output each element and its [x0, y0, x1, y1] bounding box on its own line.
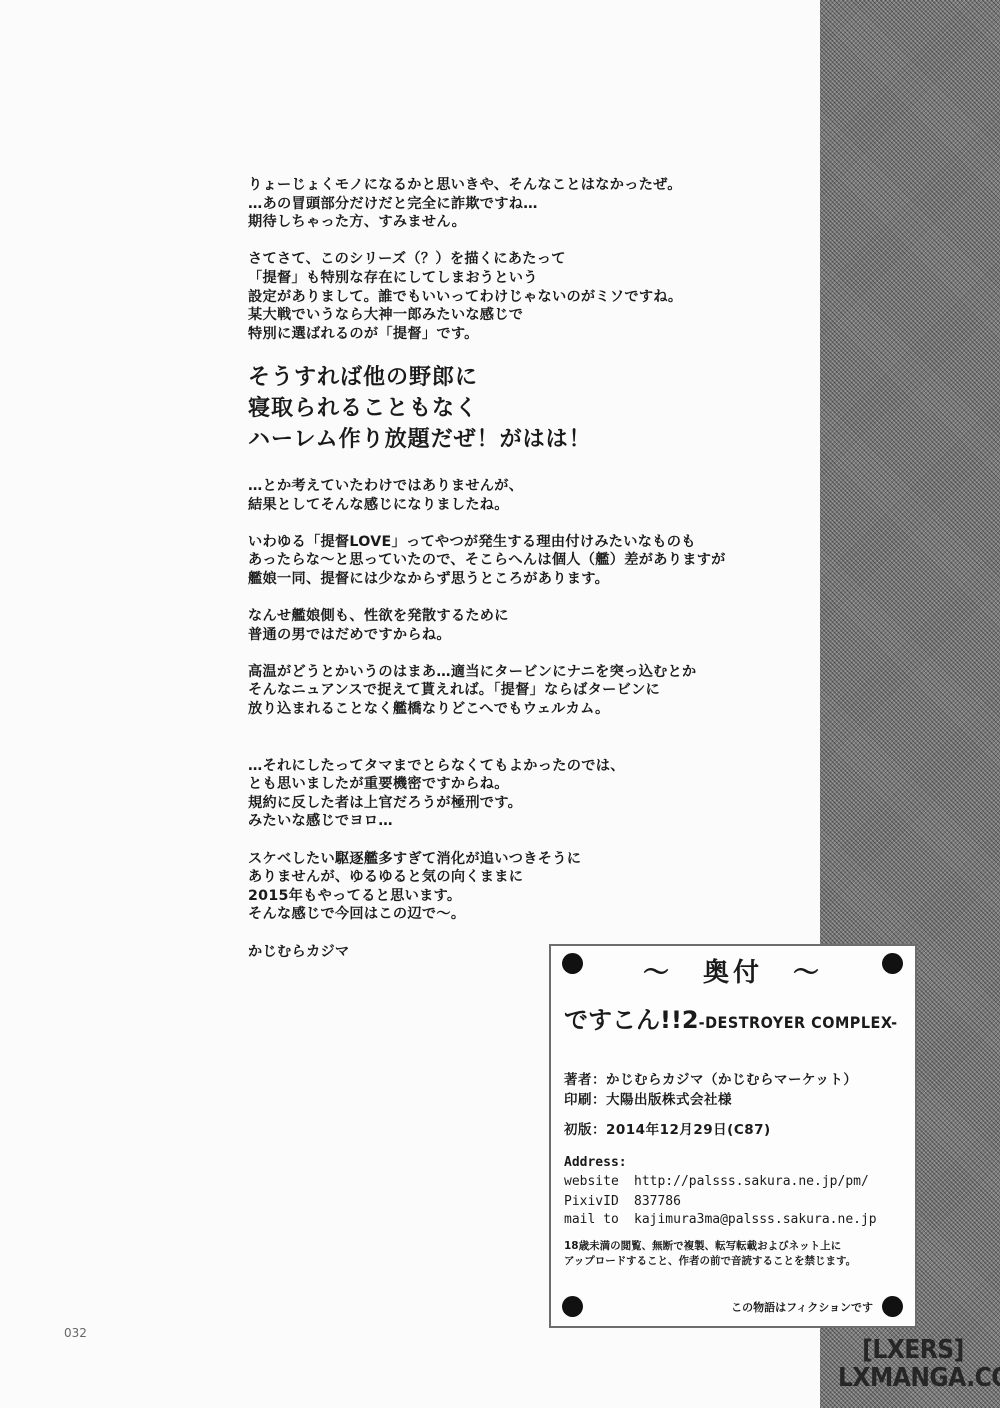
pixiv-id: 837786 [634, 1194, 681, 1209]
address-key: PixivID [564, 1194, 634, 1209]
watermark-line-1: [LXERS] [838, 1336, 988, 1364]
address-key: mail to [564, 1212, 634, 1227]
book-title-main: ですこん!!2 [564, 1006, 699, 1034]
printer-row: 印刷：大陽出版株式会社様 [564, 1088, 732, 1108]
afterword-paragraph-3: …とか考えていたわけではありませんが、 結果としてそんな感じになりましたね。 [248, 477, 808, 514]
page-number: 032 [64, 1326, 87, 1340]
address-heading: Address: [564, 1155, 627, 1170]
afterword-emphasis: そうすれば他の野郎に 寝取られることもなく ハーレム作り放題だぜ！がはは！ [248, 362, 808, 455]
address-pixiv-row: PixivID837786 [564, 1194, 681, 1209]
corner-dot-icon [562, 1296, 583, 1317]
afterword-paragraph-7: …それにしたってタマまでとらなくてもよかったのでは、 とも思いましたが重要機密で… [248, 757, 808, 831]
afterword-paragraph-5: なんせ艦娘側も、性欲を発散するために 普通の男ではだめですからね。 [248, 607, 808, 644]
watermark: [LXERS] LXMANGA.COM [838, 1336, 988, 1392]
first-edition-value: 2014年12月29日(C87) [606, 1122, 771, 1138]
address-key: website [564, 1174, 634, 1189]
afterword-paragraph-8: スケベしたい駆逐艦多すぎて消化が追いつきそうに ありませんが、ゆるゆると気の向く… [248, 850, 808, 924]
first-edition-label: 初版： [564, 1122, 606, 1138]
first-edition-row: 初版：2014年12月29日(C87) [564, 1118, 771, 1138]
corner-dot-icon [882, 1296, 903, 1317]
author-row: 著者：かじむらカジマ（かじむらマーケット） [564, 1068, 857, 1088]
book-subtitle: -DESTROYER COMPLEX- [699, 1013, 898, 1032]
printer-label: 印刷： [564, 1092, 606, 1108]
colophon-box: ～ 奥付 ～ ですこん!!2-DESTROYER COMPLEX- 著者：かじむ… [549, 944, 917, 1328]
email-link[interactable]: kajimura3ma@palsss.sakura.ne.jp [634, 1212, 877, 1227]
watermark-line-2: LXMANGA.COM [838, 1364, 988, 1392]
book-title: ですこん!!2-DESTROYER COMPLEX- [564, 1000, 898, 1035]
afterword-paragraph-6: 高温がどうとかいうのはまあ…適当にタービンにナニを突っ込むとか そんなニュアンス… [248, 663, 808, 719]
fiction-note: この物語はフィクションです [731, 1299, 873, 1315]
afterword-paragraph-2: さてさて、このシリーズ（？）を描くにあたって 「提督」も特別な存在にしてしまおう… [248, 250, 808, 343]
author-label: 著者： [564, 1072, 606, 1088]
website-link[interactable]: http://palsss.sakura.ne.jp/pm/ [634, 1174, 869, 1189]
author-value: かじむらカジマ（かじむらマーケット） [606, 1072, 857, 1088]
afterword-paragraph-4: いわゆる「提督LOVE」ってやつが発生する理由付けみたいなものも あったらな～と… [248, 533, 808, 589]
printer-value: 大陽出版株式会社様 [606, 1092, 732, 1108]
copyright-notice: 18歳未満の閲覧、無断で複製、転写転載およびネット上に アップロードすること、作… [564, 1239, 856, 1269]
address-mail-row: mail tokajimura3ma@palsss.sakura.ne.jp [564, 1212, 877, 1227]
afterword-text: りょーじょくモノになるかと思いきや、そんなことはなかったぜ。 …あの冒頭部分だけ… [248, 176, 808, 980]
address-website-row: websitehttp://palsss.sakura.ne.jp/pm/ [564, 1174, 869, 1189]
colophon-heading: ～ 奥付 ～ [551, 952, 915, 989]
afterword-paragraph-1: りょーじょくモノになるかと思いきや、そんなことはなかったぜ。 …あの冒頭部分だけ… [248, 176, 808, 232]
